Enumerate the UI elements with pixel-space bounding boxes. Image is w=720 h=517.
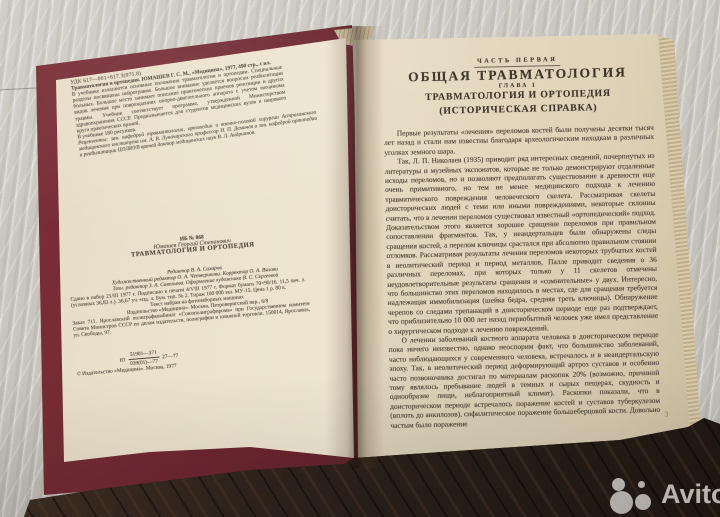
- avito-watermark: Avito: [610, 474, 720, 514]
- right-page-text: ЧАСТЬ ПЕРВАЯ ОБЩАЯ ТРАВМАТОЛОГИЯ ГЛАВА 1…: [382, 46, 661, 430]
- paragraph: Так, Л. П. Николаев (1935) приводит ряд …: [384, 151, 658, 336]
- chapter-body: Первые результаты «лечения» переломов ко…: [384, 123, 661, 430]
- book-photo-scene: УДК 617—001+617.3(075.8) Травматология и…: [0, 0, 720, 517]
- avito-logo-circle-tiny: [638, 481, 645, 488]
- avito-logo-circle-medium: [635, 494, 651, 510]
- paragraph: О лечении заболеваний костного аппарата …: [388, 330, 660, 430]
- page-number: 3: [664, 410, 668, 419]
- avito-logo-circle-small: [612, 478, 625, 491]
- avito-logo-circle-large: [610, 491, 633, 514]
- avito-logo-icon: [610, 474, 654, 514]
- avito-wordmark: Avito: [661, 479, 720, 510]
- catalog-prefix: Ю: [120, 357, 126, 364]
- catalog-suffix: 27—77: [162, 353, 179, 360]
- left-page-lower-text: ИБ № 868 Юмашев Георгий Степанович ТРАВМ…: [66, 223, 356, 378]
